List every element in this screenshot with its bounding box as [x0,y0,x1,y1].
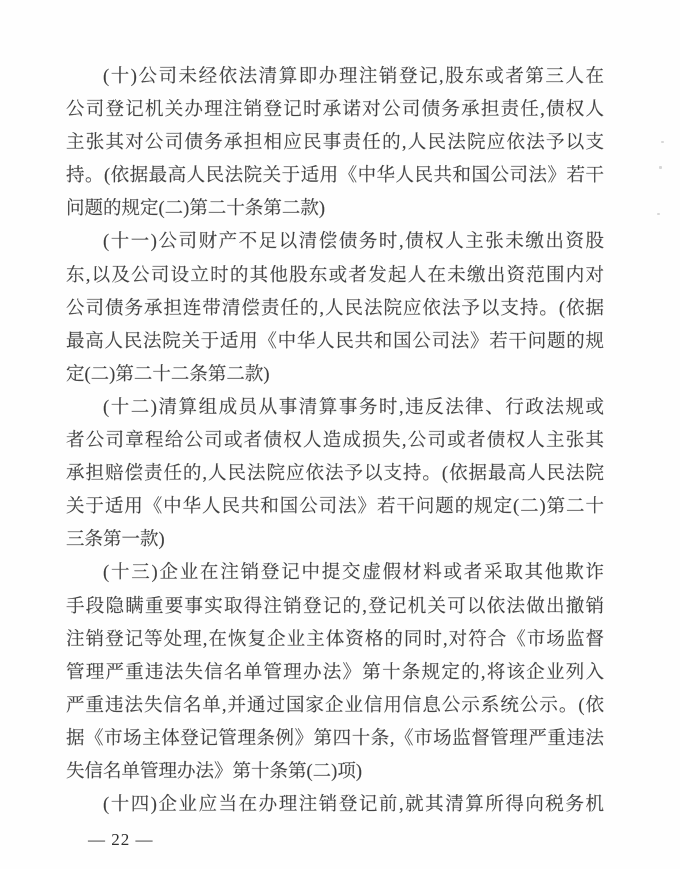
paragraph-item-10: (十)公司未经依法清算即办理注销登记,股东或者第三人在 公司登记机关办理注销登记… [66,61,604,226]
text-line: 者公司章程给公司或者债权人造成损失,公司或者债权人主张其 [66,425,604,458]
text-line: 公司债务承担连带清偿责任的,人民法院应依法予以支持。(依据 [66,293,604,326]
page-number: — 22 — [88,830,154,850]
paragraph-item-13: (十三)企业在注销登记中提交虚假材料或者采取其他欺诈 手段隐瞒重要事实取得注销登… [66,557,604,789]
scan-artifact [657,213,660,215]
text-line: 主张其对公司债务承担相应民事责任的,人民法院应依法予以支 [66,127,604,160]
scanned-document-page: (十)公司未经依法清算即办理注销登记,股东或者第三人在 公司登记机关办理注销登记… [0,0,680,869]
text-line: 最高人民法院关于适用《中华人民共和国公司法》若干问题的规 [66,326,604,359]
text-line: 定(二)第二十二条第二款) [66,359,604,392]
text-line: (十)公司未经依法清算即办理注销登记,股东或者第三人在 [66,61,604,94]
text-line: (十三)企业在注销登记中提交虚假材料或者采取其他欺诈 [66,557,604,590]
paragraph-item-12: (十二)清算组成员从事清算事务时,违反法律、行政法规或 者公司章程给公司或者债权… [66,392,604,557]
text-line: (十一)公司财产不足以清偿债务时,债权人主张未缴出资股 [66,226,604,259]
body-text: (十)公司未经依法清算即办理注销登记,股东或者第三人在 公司登记机关办理注销登记… [66,61,604,822]
text-line: 据《市场主体登记管理条例》第四十条,《市场监督管理严重违法 [66,723,604,756]
paragraph-item-14: (十四)企业应当在办理注销登记前,就其清算所得向税务机 [66,789,604,822]
paragraph-item-11: (十一)公司财产不足以清偿债务时,债权人主张未缴出资股 东,以及公司设立时的其他… [66,226,604,391]
text-line: 承担赔偿责任的,人民法院应依法予以支持。(依据最高人民法院 [66,458,604,491]
text-line: 管理严重违法失信名单管理办法》第十条规定的,将该企业列入 [66,657,604,690]
text-line: (十四)企业应当在办理注销登记前,就其清算所得向税务机 [66,789,604,822]
text-line: 注销登记等处理,在恢复企业主体资格的同时,对符合《市场监督 [66,624,604,657]
text-line: 持。(依据最高人民法院关于适用《中华人民共和国公司法》若干 [66,160,604,193]
text-line: 严重违法失信名单,并通过国家企业信用信息公示系统公示。(依 [66,690,604,723]
text-line: 失信名单管理办法》第十条第(二)项) [66,756,604,789]
text-line: 东,以及公司设立时的其他股东或者发起人在未缴出资范围内对 [66,260,604,293]
text-line: 手段隐瞒重要事实取得注销登记的,登记机关可以依法做出撤销 [66,591,604,624]
scan-artifact [661,141,664,143]
text-line: 关于适用《中华人民共和国公司法》若干问题的规定(二)第二十 [66,491,604,524]
text-line: 问题的规定(二)第二十条第二款) [66,193,604,226]
text-line: (十二)清算组成员从事清算事务时,违反法律、行政法规或 [66,392,604,425]
text-line: 三条第一款) [66,524,604,557]
scan-artifact [659,166,662,169]
text-line: 公司登记机关办理注销登记时承诺对公司债务承担责任,债权人 [66,94,604,127]
